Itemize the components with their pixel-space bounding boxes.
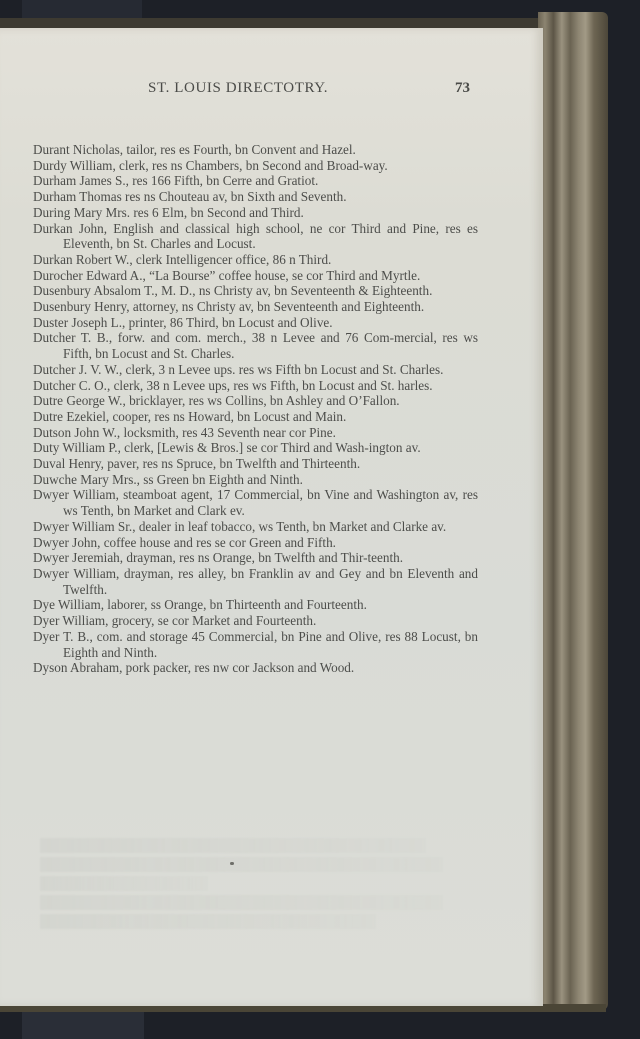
directory-entry: Dwyer John, coffee house and res se cor … — [33, 535, 478, 551]
bleed-through-line — [40, 838, 426, 853]
directory-entry: Dwyer William, steamboat agent, 17 Comme… — [33, 487, 478, 518]
directory-entry: Durant Nicholas, tailor, res es Fourth, … — [33, 142, 478, 158]
bleed-through-text — [40, 838, 460, 933]
directory-entry: Dyer T. B., com. and storage 45 Commerci… — [33, 629, 478, 660]
directory-entry: Dutre Ezekiel, cooper, res ns Howard, bn… — [33, 409, 478, 425]
directory-entry: Dwyer William Sr., dealer in leaf tobacc… — [33, 519, 478, 535]
directory-entry: Dye William, laborer, ss Orange, bn Thir… — [33, 597, 478, 613]
directory-entry: Dutcher C. O., clerk, 38 n Levee ups, re… — [33, 378, 478, 394]
directory-entry: Duty William P., clerk, [Lewis & Bros.] … — [33, 440, 478, 456]
directory-entry: Dutson John W., locksmith, res 43 Sevent… — [33, 425, 478, 441]
directory-entry: Duval Henry, paver, res ns Spruce, bn Tw… — [33, 456, 478, 472]
directory-entry: Durdy William, clerk, res ns Chambers, b… — [33, 158, 478, 174]
directory-entry: Dwyer Jeremiah, drayman, res ns Orange, … — [33, 550, 478, 566]
directory-entry: Dutcher T. B., forw. and com. merch., 38… — [33, 330, 478, 361]
background-object-bottom — [22, 1012, 144, 1039]
directory-entry: Dyson Abraham, pork packer, res nw cor J… — [33, 660, 478, 676]
directory-entry: Durham Thomas res ns Chouteau av, bn Six… — [33, 189, 478, 205]
directory-entry: Dusenbury Henry, attorney, ns Christy av… — [33, 299, 478, 315]
paper-speck — [230, 862, 234, 865]
directory-entry: Durocher Edward A., “La Bourse” coffee h… — [33, 268, 478, 284]
directory-entries: Durant Nicholas, tailor, res es Fourth, … — [33, 142, 478, 676]
directory-entry: Duster Joseph L., printer, 86 Third, bn … — [33, 315, 478, 331]
directory-entry: Durkan Robert W., clerk Intelligencer of… — [33, 252, 478, 268]
bleed-through-line — [40, 876, 208, 891]
directory-entry: Durham James S., res 166 Fifth, bn Cerre… — [33, 173, 478, 189]
directory-entry: Dutre George W., bricklayer, res ws Coll… — [33, 393, 478, 409]
directory-entry: Dwyer William, drayman, res alley, bn Fr… — [33, 566, 478, 597]
page-number: 73 — [455, 80, 470, 97]
directory-entry: Dutcher J. V. W., clerk, 3 n Levee ups. … — [33, 362, 478, 378]
directory-entry: Dusenbury Absalom T., M. D., ns Christy … — [33, 283, 478, 299]
book-page-edges — [538, 12, 608, 1010]
directory-entry: Dyer William, grocery, se cor Market and… — [33, 613, 478, 629]
directory-entry: Durkan John, English and classical high … — [33, 221, 478, 252]
bleed-through-line — [40, 857, 443, 872]
page-header: ST. LOUIS DIRECTOTRY. 73 — [0, 80, 543, 100]
directory-entry: During Mary Mrs. res 6 Elm, bn Second an… — [33, 205, 478, 221]
bleed-through-line — [40, 895, 443, 910]
running-head: ST. LOUIS DIRECTOTRY. — [148, 80, 328, 97]
bleed-through-line — [40, 914, 376, 929]
directory-entry: Duwche Mary Mrs., ss Green bn Eighth and… — [33, 472, 478, 488]
